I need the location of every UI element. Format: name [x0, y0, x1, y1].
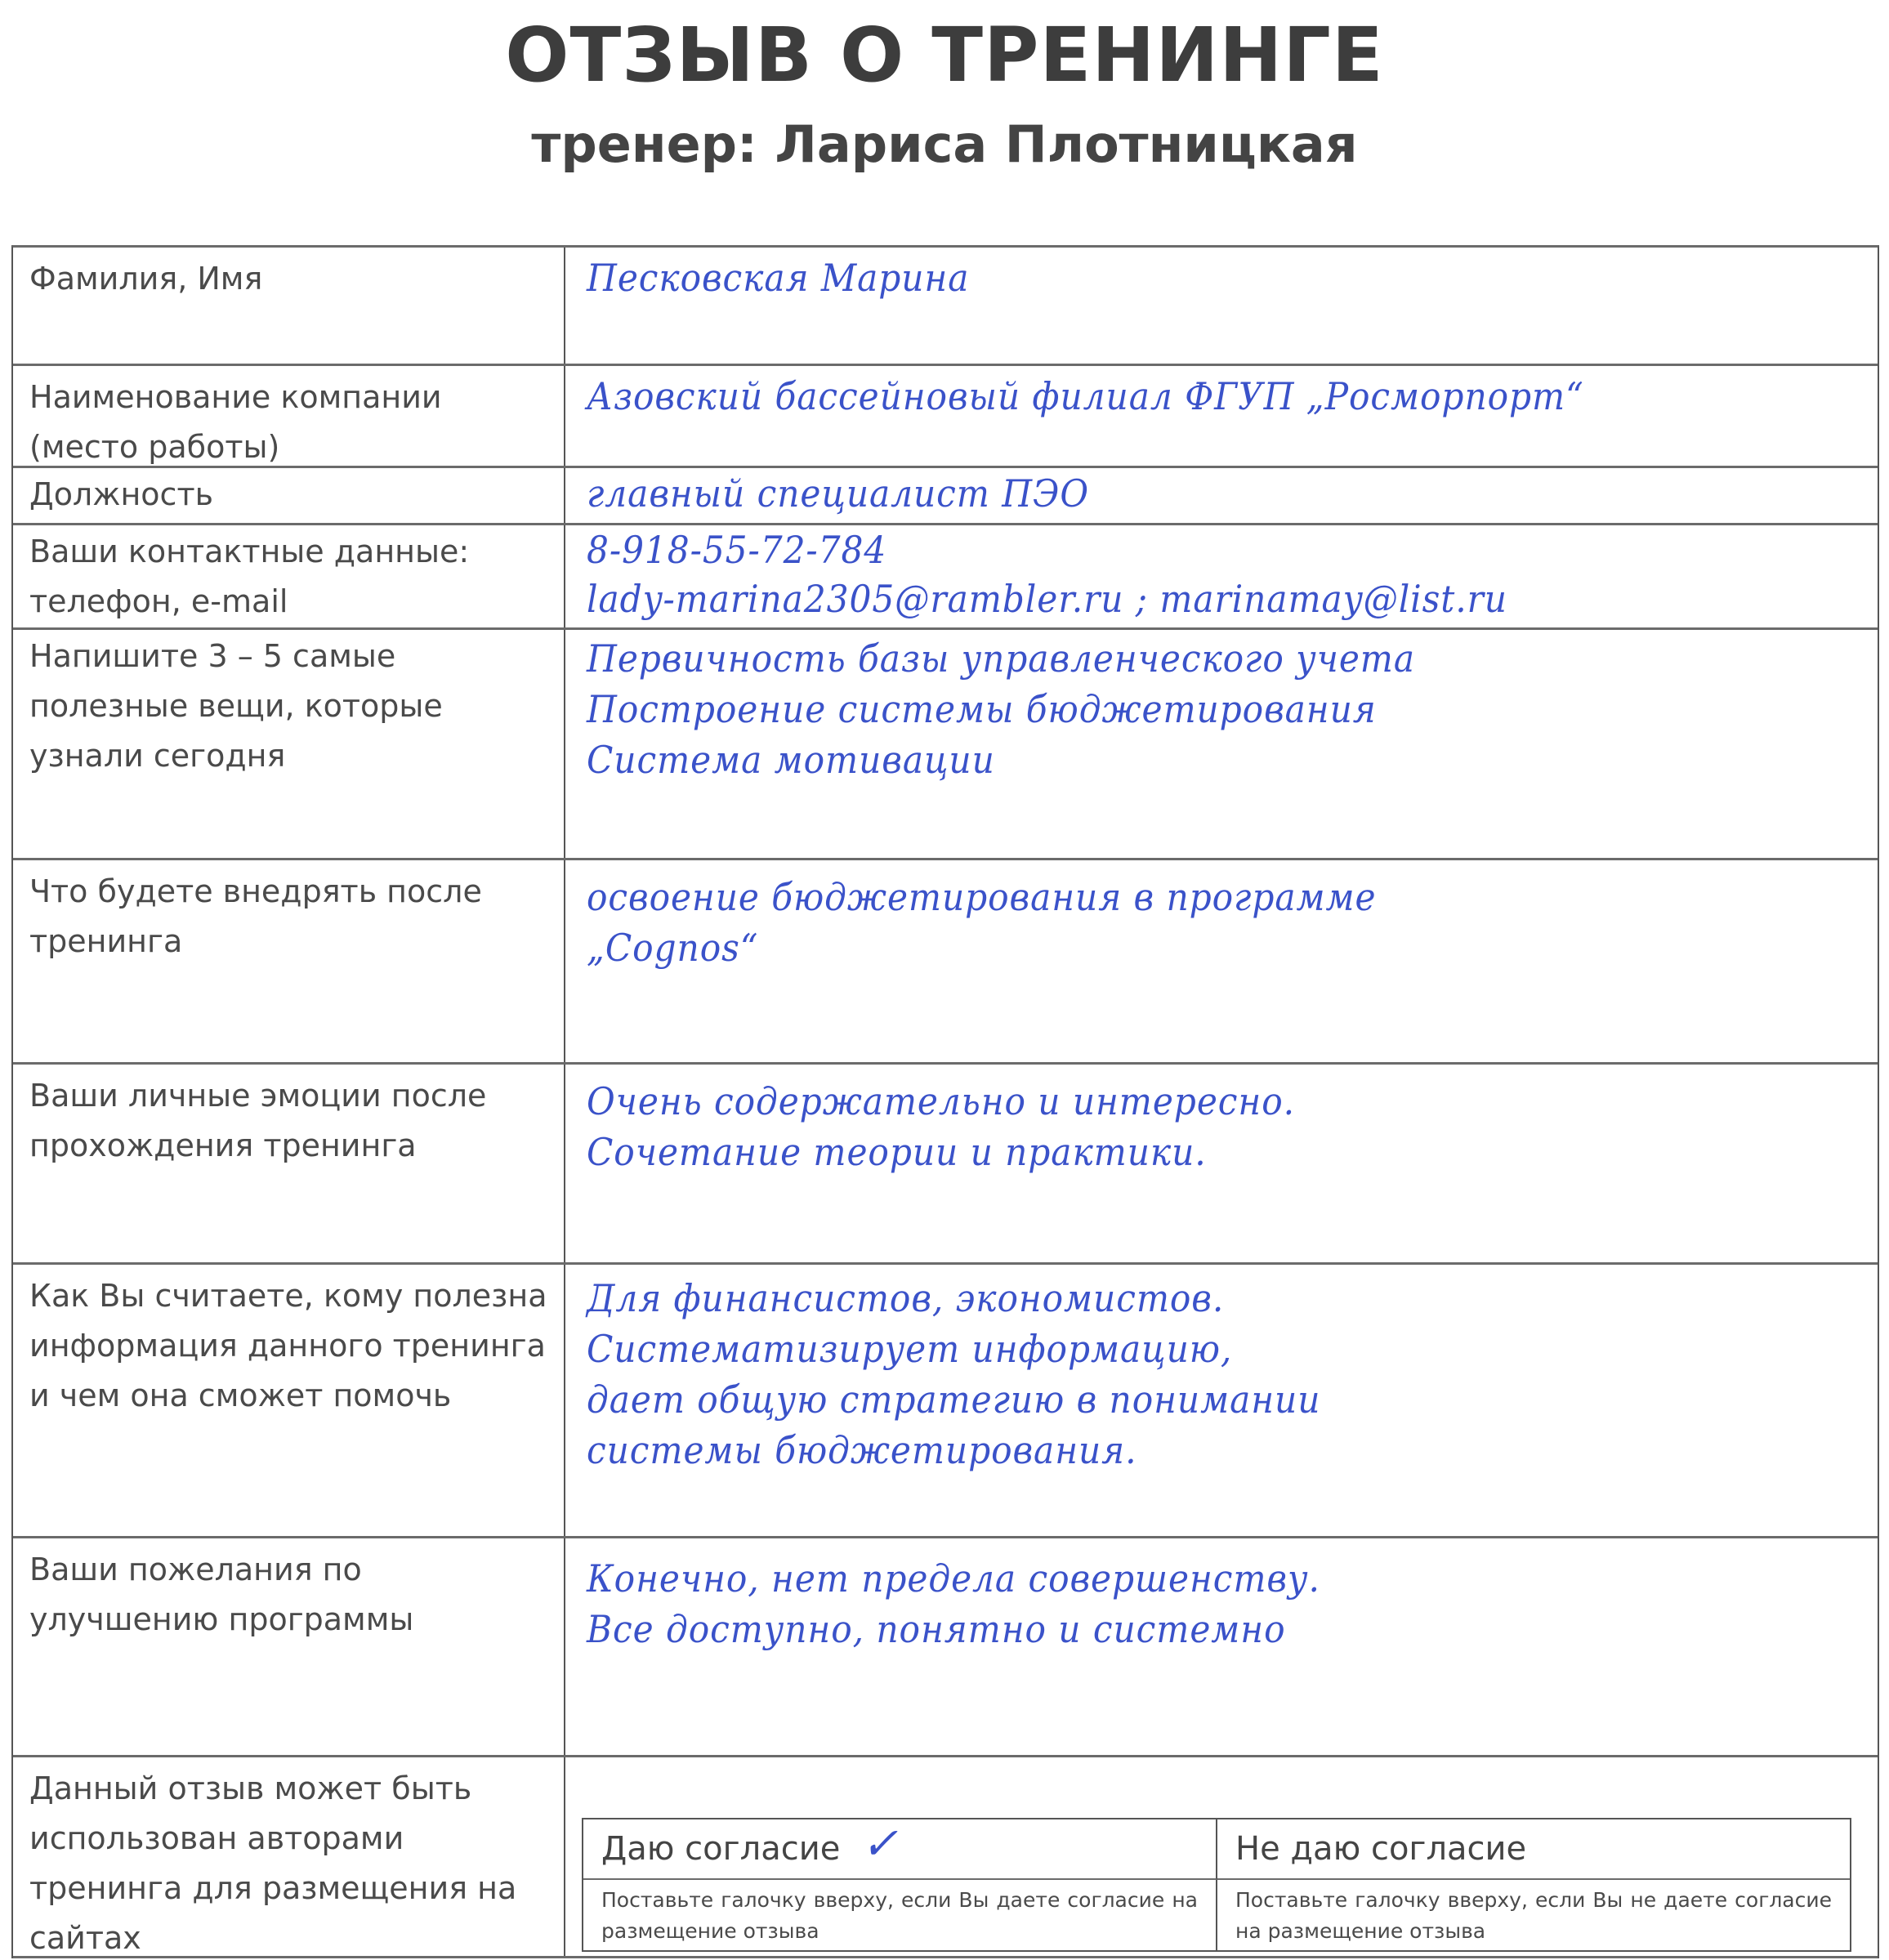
row-usefulness: Как Вы считаете, кому полезна информация…: [13, 1265, 1878, 1538]
value-line: освоение бюджетирования в программе: [587, 872, 1775, 922]
form-title: ОТЗЫВ О ТРЕНИНГЕ: [0, 11, 1889, 99]
handwritten-value: Азовский бассейновый филиал ФГУП „Росмор…: [587, 371, 1775, 422]
check-mark-icon: ✓: [861, 1815, 898, 1873]
label-implement: Что будете внедрять после тренинга: [13, 860, 565, 1062]
label-suggestions: Ваши пожелания по улучшению программы: [13, 1538, 565, 1755]
row-contacts: Ваши контактные данные: телефон, e-mail …: [13, 525, 1878, 630]
value-line: главный специалист ПЭО: [587, 468, 1775, 519]
handwritten-value: 8-918-55-72-784 lady-marina2305@rambler.…: [587, 525, 1775, 623]
label-full-name: Фамилия, Имя: [13, 248, 565, 364]
value-line: Система мотивации: [587, 734, 1775, 785]
row-implement: Что будете внедрять после тренинга освое…: [13, 860, 1878, 1065]
agree-label: Даю согласие: [601, 1830, 840, 1868]
field-emotions[interactable]: Очень содержательно и интересно. Сочетан…: [565, 1065, 1878, 1262]
row-emotions: Ваши личные эмоции после прохождения тре…: [13, 1065, 1878, 1265]
value-line: Очень содержательно и интересно.: [587, 1076, 1775, 1127]
feedback-form-table: Фамилия, Имя Песковская Марина Наименова…: [11, 245, 1879, 1958]
value-line: Первичность базы управленческого учета: [587, 633, 1775, 684]
row-useful-things: Напишите 3 – 5 самые полезные вещи, кото…: [13, 630, 1878, 860]
row-suggestions: Ваши пожелания по улучшению программы Ко…: [13, 1538, 1878, 1757]
disagree-option[interactable]: Не даю согласие: [1217, 1819, 1850, 1880]
consent-header-row: Даю согласие ✓ Не даю согласие: [583, 1819, 1850, 1880]
disagree-label: Не даю согласие: [1235, 1830, 1526, 1868]
field-usefulness[interactable]: Для финансистов, экономистов. Систематиз…: [565, 1265, 1878, 1536]
label-consent: Данный отзыв может быть использован авто…: [13, 1757, 565, 1956]
label-usefulness: Как Вы считаете, кому полезна информация…: [13, 1265, 565, 1536]
value-line: lady-marina2305@rambler.ru ; marinamay@l…: [587, 574, 1775, 623]
value-line: Систематизирует информацию,: [587, 1324, 1775, 1374]
field-useful-things[interactable]: Первичность базы управленческого учета П…: [565, 630, 1878, 858]
handwritten-value: освоение бюджетирования в программе „Cog…: [587, 872, 1775, 973]
field-suggestions[interactable]: Конечно, нет предела совершенству. Все д…: [565, 1538, 1878, 1755]
value-line: „Cognos“: [587, 922, 1775, 973]
row-full-name: Фамилия, Имя Песковская Марина: [13, 248, 1878, 366]
value-line: Все доступно, понятно и системно: [587, 1604, 1775, 1654]
value-line: Азовский бассейновый филиал ФГУП „Росмор…: [587, 371, 1775, 422]
label-contacts: Ваши контактные данные: телефон, e-mail: [13, 525, 565, 627]
handwritten-value: Первичность базы управленческого учета П…: [587, 633, 1775, 785]
agree-option[interactable]: Даю согласие ✓: [583, 1819, 1217, 1880]
field-position[interactable]: главный специалист ПЭО: [565, 468, 1878, 523]
value-line: 8-918-55-72-784: [587, 525, 1775, 574]
value-line: Для финансистов, экономистов.: [587, 1273, 1775, 1324]
handwritten-value: главный специалист ПЭО: [587, 468, 1775, 519]
field-company[interactable]: Азовский бассейновый филиал ФГУП „Росмор…: [565, 366, 1878, 466]
row-position: Должность главный специалист ПЭО: [13, 468, 1878, 525]
field-implement[interactable]: освоение бюджетирования в программе „Cog…: [565, 860, 1878, 1062]
handwritten-value: Песковская Марина: [587, 252, 1775, 303]
consent-area: Даю согласие ✓ Не даю согласие Поставьте…: [565, 1757, 1878, 1956]
consent-options-table: Даю согласие ✓ Не даю согласие Поставьте…: [582, 1818, 1851, 1952]
value-line: Сочетание теории и практики.: [587, 1127, 1775, 1177]
value-line: Песковская Марина: [587, 252, 1775, 303]
value-line: Построение системы бюджетирования: [587, 684, 1775, 734]
handwritten-value: Конечно, нет предела совершенству. Все д…: [587, 1553, 1775, 1654]
disagree-note: Поставьте галочку вверху, если Вы не дае…: [1217, 1880, 1850, 1950]
label-position: Должность: [13, 468, 565, 523]
consent-notes-row: Поставьте галочку вверху, если Вы даете …: [583, 1880, 1850, 1950]
handwritten-value: Очень содержательно и интересно. Сочетан…: [587, 1076, 1775, 1177]
handwritten-value: Для финансистов, экономистов. Систематиз…: [587, 1273, 1775, 1476]
field-full-name[interactable]: Песковская Марина: [565, 248, 1878, 364]
agree-note: Поставьте галочку вверху, если Вы даете …: [583, 1880, 1217, 1950]
value-line: системы бюджетирования.: [587, 1425, 1775, 1476]
trainer-subtitle: тренер: Лариса Плотницкая: [0, 114, 1889, 174]
value-line: дает общую стратегию в понимании: [587, 1374, 1775, 1425]
row-company: Наименование компании (место работы) Азо…: [13, 366, 1878, 468]
field-contacts[interactable]: 8-918-55-72-784 lady-marina2305@rambler.…: [565, 525, 1878, 627]
label-useful-things: Напишите 3 – 5 самые полезные вещи, кото…: [13, 630, 565, 858]
label-emotions: Ваши личные эмоции после прохождения тре…: [13, 1065, 565, 1262]
row-consent: Данный отзыв может быть использован авто…: [13, 1757, 1878, 1958]
label-company: Наименование компании (место работы): [13, 366, 565, 466]
value-line: Конечно, нет предела совершенству.: [587, 1553, 1775, 1604]
